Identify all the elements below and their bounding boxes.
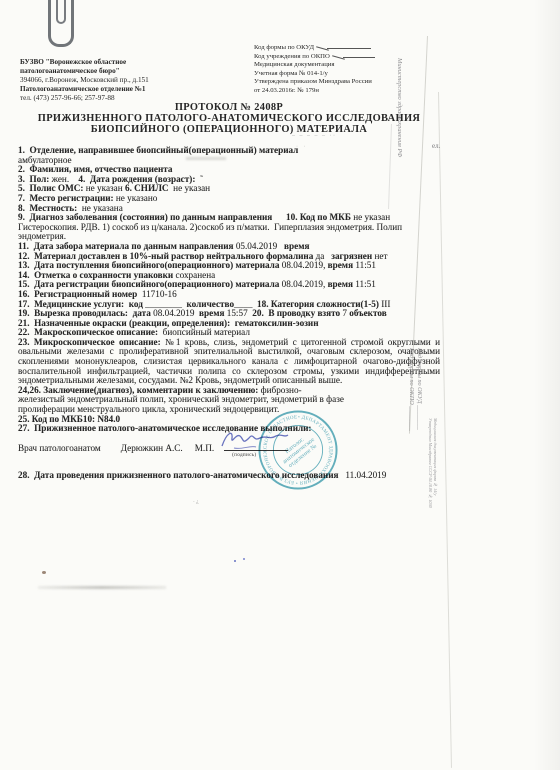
text-segment: 10. Код по МКБ	[286, 212, 351, 222]
erased-text-smudge	[186, 157, 226, 160]
text-segment: 16. Регистрационный номер	[18, 289, 137, 299]
redacted-marks-2: · ·	[296, 144, 308, 150]
text-segment: 6. СНИЛС	[125, 183, 169, 193]
protocol-body: 1. Отделение, направившее биопсийный(опе…	[18, 146, 440, 480]
text-segment: время	[328, 279, 353, 289]
title-line2: ПРИЖИЗНЕННОГО ПАТОЛОГО-АНАТОМИЧЕСКОГО ИС…	[18, 113, 440, 124]
text-segment: загрязнен	[331, 251, 372, 261]
tiny-mark: · ¿	[193, 499, 199, 505]
okpo-underline	[343, 57, 375, 58]
form-approved-date: от 24.03.2016г. № 179н	[254, 87, 444, 96]
text-segment: не указан	[83, 183, 125, 193]
text-segment: не указано	[114, 193, 158, 203]
text-segment: время	[199, 308, 224, 318]
text-segment: время	[328, 260, 353, 270]
text-segment: время	[284, 241, 309, 251]
text-segment: количество	[187, 299, 235, 309]
scanned-protocol-page: БУЗВО "Воронежское областное патологоана…	[0, 0, 560, 770]
okpo-code-line: Код учреждения по ОКПО	[254, 53, 444, 62]
text-segment: 08.04.2019,	[279, 279, 327, 289]
margin-docform-block: Медицинская документация форма № 14/у Ут…	[428, 418, 438, 538]
text-segment: 5. Полис ОМС:	[18, 183, 83, 193]
text-segment: 11. Дата забора материала по данным напр…	[18, 241, 234, 251]
text-segment: 11710-16	[137, 289, 176, 299]
spot-artifact	[42, 571, 46, 574]
streak-artifact	[38, 586, 166, 589]
redacted-marks-1: – – – – – ··	[292, 133, 337, 139]
text-segment: 13. Дата поступления биопсийного(операци…	[18, 260, 279, 270]
text-segment: 23. Микроскопическое описание:	[18, 337, 161, 347]
text-segment: ˜	[195, 174, 203, 184]
okud-label: Код формы по ОКУД	[254, 44, 314, 51]
text-segment: 11.04.2019	[338, 470, 386, 480]
stamp-place-label: М.П.	[195, 444, 214, 454]
org-name-line2: патологоанатомическое бюро"	[20, 67, 149, 76]
text-segment: амбулаторное	[18, 155, 72, 165]
okpo-label: Код учреждения по ОКПО	[254, 53, 330, 60]
text-segment: 24,26. Заключение(диагноз), комментарии …	[18, 385, 258, 395]
text-segment: не указан	[169, 183, 211, 193]
protocol-number: ПРОТОКОЛ № 2408Р	[18, 102, 440, 113]
margin-docform-line2: Утверждена Минздравом СССР 04.10.80 № 10…	[428, 418, 433, 538]
item-28: 28. Дата проведения прижизненного патоло…	[18, 471, 440, 481]
text-segment: 18. Категория сложности(1-5)	[257, 299, 379, 309]
org-name-line1: БУЗВО "Воронежское областное	[20, 58, 149, 67]
text-segment: 25. Код по МКБ10: N84.0	[18, 414, 120, 424]
margin-ministry-text: Министерство здравоохранения РФ	[396, 58, 403, 223]
text-segment: 14. Отметка о сохранности упаковки	[18, 270, 173, 280]
text-segment: 4. Дата рождения (возраст):	[78, 174, 195, 184]
doctor-name: Дерюжкин А.С.	[121, 444, 183, 454]
text-segment: 21. Назначенные окраски (реакции, опреде…	[18, 318, 319, 328]
signature-row: Врач патологоанатом Дерюжкин А.С. М.П. (…	[18, 438, 440, 460]
text-segment: 08.04.2019	[151, 308, 199, 318]
text-segment: нет	[372, 251, 387, 261]
okud-slash-line	[316, 46, 329, 51]
form-codes-block: Код формы по ОКУД Код учреждения по ОКПО…	[254, 44, 444, 96]
text-segment: биопсийный материал	[158, 327, 250, 337]
text-segment: жен.	[49, 174, 78, 184]
text-segment: 22. Макроскопическое описание:	[18, 327, 158, 337]
text-segment: эндометрия.	[18, 231, 66, 241]
text-segment: 3. Пол:	[18, 174, 49, 184]
text-segment: 1. Отделение, направившее биопсийный(опе…	[18, 145, 298, 155]
text-segment: 12. Материал доставлен в 10%-ный раствор…	[18, 251, 313, 261]
protocol-item-28: 28. Дата проведения прижизненного патоло…	[18, 471, 440, 481]
form-doc-type: Медицинская документация	[254, 61, 444, 70]
text-segment: III	[379, 299, 390, 309]
text-segment: 15:57	[224, 308, 252, 318]
text-segment: не указана	[77, 203, 123, 213]
text-segment	[272, 212, 286, 222]
podpis-caption: (подпись)	[232, 451, 256, 461]
margin-okud-line: Код формы по ОКУД ________	[415, 348, 423, 478]
ink-speck-2	[243, 558, 245, 560]
title-line3: БИОПСИЙНОГО (ОПЕРАЦИОННОГО) МАТЕРИАЛА	[18, 124, 440, 135]
okud-underline	[327, 48, 371, 49]
form-approved: Утверждена приказом Минздрава России	[254, 78, 444, 87]
text-segment: 17. Медицинские услуги: код	[18, 299, 143, 309]
text-segment: 11:51	[353, 260, 376, 270]
right-edge-shadow	[534, 0, 560, 770]
text-segment: 8. Местность:	[18, 203, 77, 213]
item-9-text-1: Гистероскопия. РДВ. 1) соскоб из ц/канал…	[18, 223, 440, 233]
text-segment: 7	[340, 308, 349, 318]
text-segment: не указан	[351, 212, 390, 222]
text-segment: 19. Вырезка проводилась: дата	[18, 308, 151, 318]
text-segment: 9. Диагноз заболевания (состояния) по да…	[18, 212, 272, 222]
text-segment: ________	[143, 299, 187, 309]
ink-speck-1	[234, 560, 236, 562]
text-segment: 05.04.2019	[234, 241, 285, 251]
protocol-items: 1. Отделение, направившее биопсийный(опе…	[18, 146, 440, 434]
item-23: 23. Микроскопическое описание: №1 кровь,…	[18, 338, 440, 386]
text-segment: 7. Место регистрации:	[18, 193, 114, 203]
text-segment: Гистероскопия. РДВ. 1) соскоб из ц/канал…	[18, 222, 402, 232]
text-segment: 2. Фамилия, имя, отчество пациента	[18, 164, 172, 174]
item-1: 1. Отделение, направившее биопсийный(опе…	[18, 146, 440, 156]
text-segment: сохранена	[173, 270, 215, 280]
text-segment: ____	[234, 299, 257, 309]
text-segment: да	[313, 251, 331, 261]
form-number: Учетная форма № 014-1/у	[254, 70, 444, 79]
text-segment: объектов	[349, 308, 386, 318]
round-stamp: • ДЕПАРТАМЕНТ ЗДРАВООХРАНЕНИЯ • БУЗ ВО В…	[257, 409, 339, 491]
text-segment: 08.04.2019,	[279, 260, 327, 270]
okud-code-line: Код формы по ОКУД	[254, 44, 444, 53]
text-segment: 15. Дата регистрации биопсийного(операци…	[18, 279, 279, 289]
paperclip-icon	[48, 0, 74, 47]
margin-docform-line1: Медицинская документация форма № 14/у	[433, 418, 438, 538]
org-department: Патологоанатомическое отделение №1	[20, 85, 149, 94]
org-address: 394066, г.Воронеж, Московский пр., д.151	[20, 76, 149, 85]
organization-block: БУЗВО "Воронежское областное патологоана…	[20, 58, 149, 103]
text-segment: 20. В проводку взято	[252, 308, 340, 318]
text-segment: 11:51	[353, 279, 376, 289]
protocol-title: ПРОТОКОЛ № 2408Р ПРИЖИЗНЕННОГО ПАТОЛОГО-…	[18, 102, 440, 136]
crease-line-2	[438, 92, 452, 768]
doctor-role-label: Врач патологоанатом	[18, 444, 101, 454]
